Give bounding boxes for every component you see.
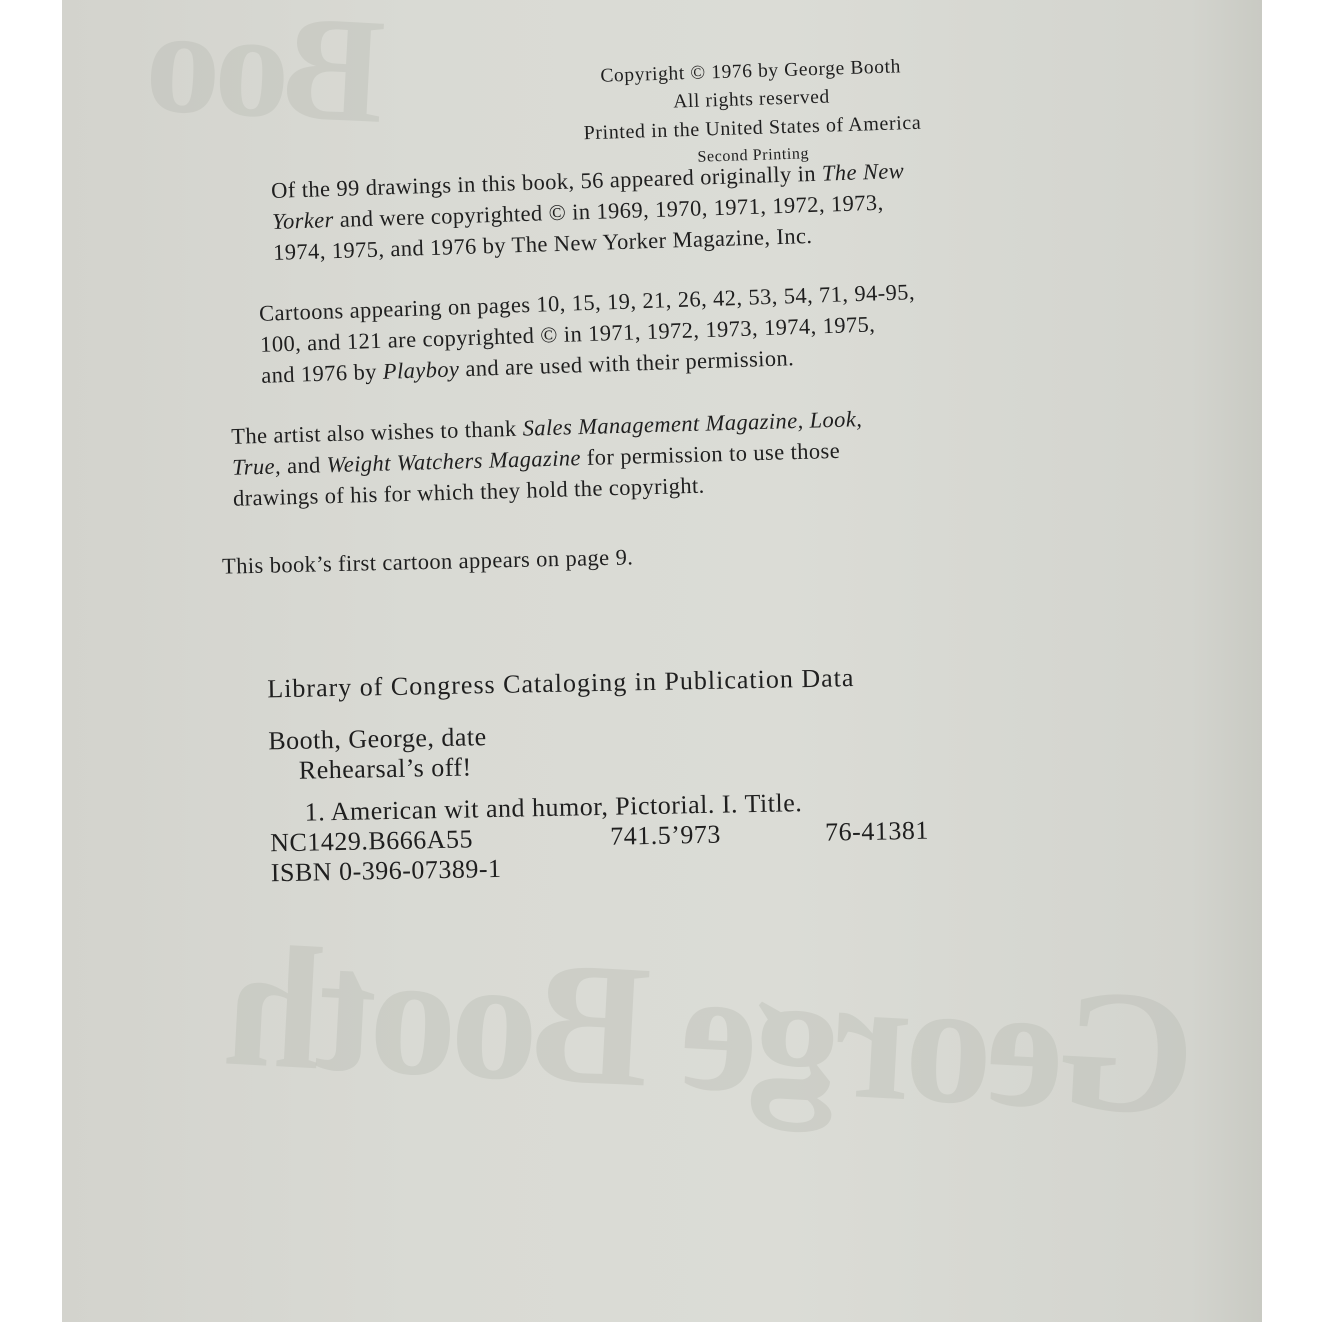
magazine-name: Weight Watchers Magazine [326, 445, 581, 477]
magazine-name: True, [232, 453, 282, 479]
thanks-paragraph: The artist also wishes to thank Sales Ma… [231, 403, 864, 514]
show-through-title: Boo [148, 0, 389, 158]
show-through-author: George Booth [227, 905, 1199, 1156]
playboy-paragraph: Cartoons appearing on pages 10, 15, 19, … [259, 276, 918, 391]
first-cartoon-note: This book’s first cartoon appears on pag… [222, 541, 634, 581]
cip-title: Library of Congress Cataloging in Public… [267, 662, 926, 705]
dewey-number: 741.5’973 [610, 818, 826, 852]
text: and 1976 by [261, 359, 383, 388]
magazine-name: The New [822, 158, 905, 186]
book-page: Boo George Booth Copyright © 1976 by Geo… [62, 0, 1262, 1322]
lccn: 76-41381 [825, 816, 929, 848]
cip-data-block: Library of Congress Cataloging in Public… [267, 662, 930, 889]
text: The artist also wishes to thank [231, 416, 523, 449]
text: for permission to use those [580, 438, 840, 470]
text: and [281, 452, 327, 478]
text: and are used with their permission. [459, 345, 795, 381]
magazine-name: Yorker [272, 207, 334, 234]
magazine-name: Playboy [382, 356, 459, 384]
new-yorker-paragraph: Of the 99 drawings in this book, 56 appe… [271, 155, 907, 268]
